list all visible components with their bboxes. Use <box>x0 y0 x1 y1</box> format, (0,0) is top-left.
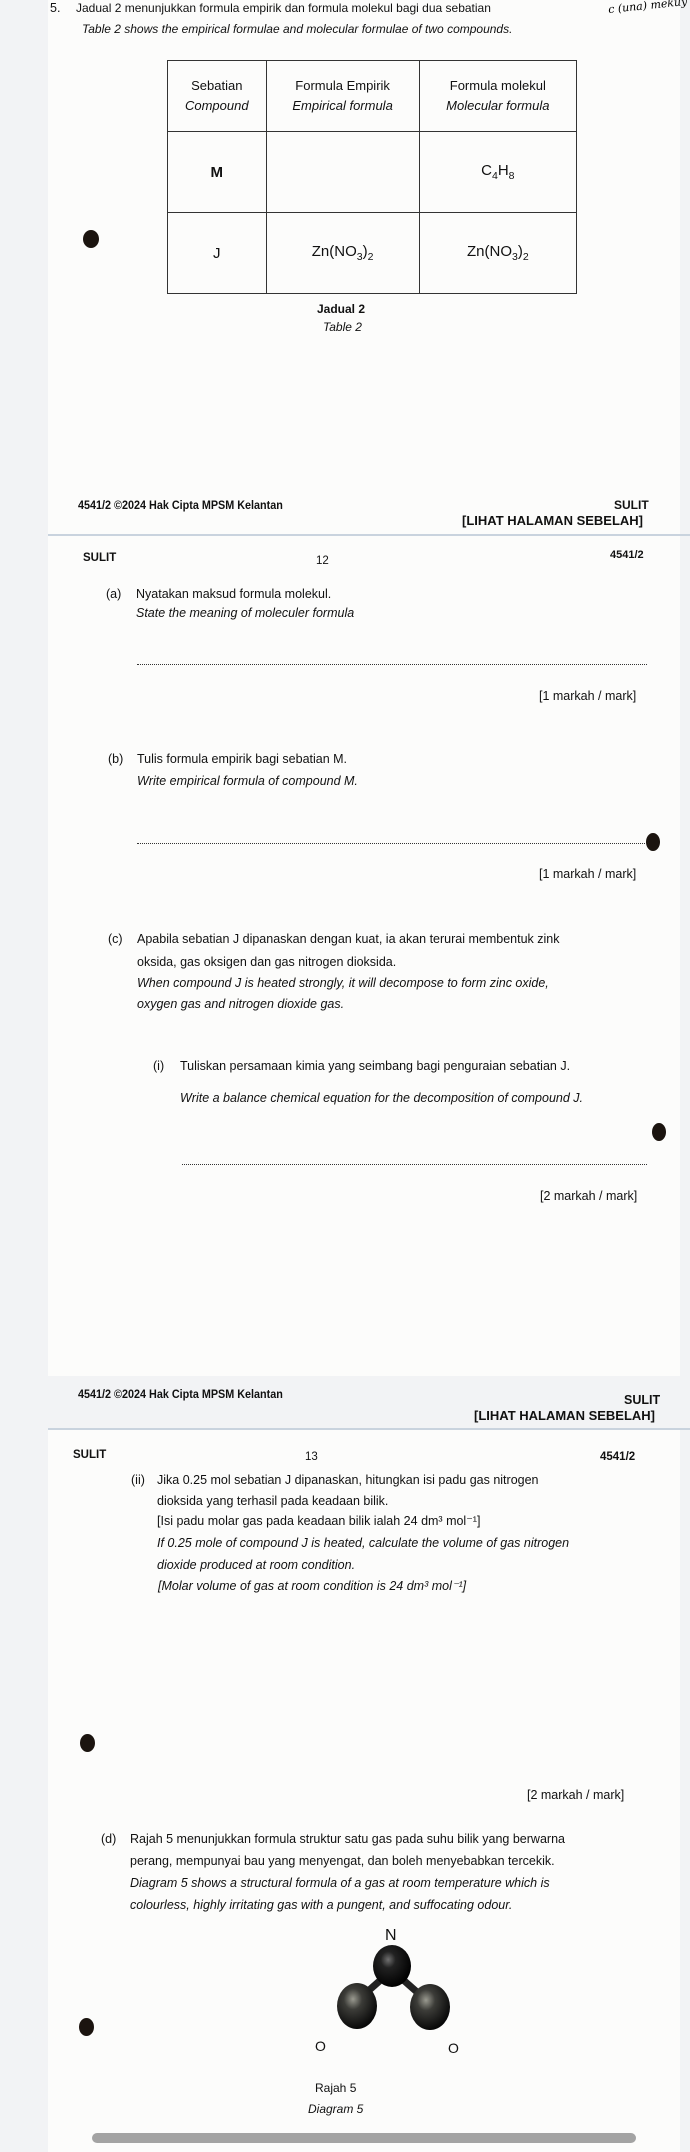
header-compound: SebatianCompound <box>168 61 267 132</box>
intro-english: Table 2 shows the empirical formulae and… <box>82 21 512 37</box>
horizontal-scrollbar[interactable] <box>92 2133 636 2143</box>
qc-malay-2: oksida, gas oksigen dan gas nitrogen dio… <box>137 954 396 970</box>
answer-line-a[interactable] <box>137 664 647 665</box>
footer-next-page: [LIHAT HALAMAN SEBELAH] <box>474 1408 655 1424</box>
cell-empirical: Zn(NO3)2 <box>266 213 419 294</box>
page-number: 13 <box>305 1449 318 1465</box>
paper-code: 4541/2 <box>610 547 644 563</box>
qd-english-1: Diagram 5 shows a structural formula of … <box>130 1875 550 1891</box>
qcii-english-2: dioxide produced at room condition. <box>157 1557 355 1573</box>
nitrogen-atom <box>373 1945 411 1987</box>
diagram-caption-english: Diagram 5 <box>308 2101 363 2117</box>
qcii-english-1: If 0.25 mole of compound J is heated, ca… <box>157 1535 569 1551</box>
table-caption-malay: Jadual 2 <box>317 302 365 316</box>
cell-compound: M <box>168 132 267 213</box>
table-row: J Zn(NO3)2 Zn(NO3)2 <box>168 213 577 294</box>
atom-label-o-right: O <box>448 2040 459 2056</box>
qa-marks: [1 markah / mark] <box>539 688 636 704</box>
qcii-marks: [2 markah / mark] <box>527 1787 624 1803</box>
table-caption-english: Table 2 <box>323 320 362 334</box>
qd-malay-2: perang, mempunyai bau yang menyengat, da… <box>130 1853 555 1869</box>
cell-empirical <box>266 132 419 213</box>
punch-hole <box>83 230 99 248</box>
table-row: M C4H8 <box>168 132 577 213</box>
footer-sulit: SULIT <box>624 1392 660 1408</box>
qa-malay: Nyatakan maksud formula molekul. <box>136 586 331 602</box>
qa-english: State the meaning of moleculer formula <box>136 605 354 621</box>
qcii-label: (ii) <box>131 1472 145 1488</box>
answer-line-ci[interactable] <box>182 1164 647 1165</box>
atom-label-n: N <box>385 1928 397 1944</box>
qb-marks: [1 markah / mark] <box>539 866 636 882</box>
qc-label: (c) <box>108 931 123 947</box>
header-sulit: SULIT <box>83 550 116 566</box>
qb-label: (b) <box>108 751 123 767</box>
punch-hole <box>79 2018 94 2036</box>
punch-hole <box>80 1734 95 1752</box>
diagram-caption-malay: Rajah 5 <box>315 2080 356 2096</box>
table-2: SebatianCompound Formula EmpirikEmpirica… <box>167 60 577 294</box>
qd-malay-1: Rajah 5 menunjukkan formula struktur sat… <box>130 1831 565 1847</box>
footer-next-page: [LIHAT HALAMAN SEBELAH] <box>462 513 643 529</box>
qb-malay: Tulis formula empirik bagi sebatian M. <box>137 751 347 767</box>
oxygen-atom <box>337 1983 377 2029</box>
qc-english-2: oxygen gas and nitrogen dioxide gas. <box>137 996 344 1012</box>
footer-copyright: 4541/2 ©2024 Hak Cipta MPSM Kelantan <box>78 497 283 513</box>
page-number: 12 <box>316 553 329 569</box>
qcii-malay-3: [Isi padu molar gas pada keadaan bilik i… <box>157 1513 480 1529</box>
cell-molecular: C4H8 <box>419 132 576 213</box>
answer-line-b[interactable] <box>137 843 645 844</box>
paper-code: 4541/2 <box>600 1449 635 1465</box>
header-empirical: Formula EmpirikEmpirical formula <box>266 61 419 132</box>
qcii-malay-2: dioksida yang terhasil pada keadaan bili… <box>157 1493 388 1509</box>
qci-marks: [2 markah / mark] <box>540 1188 637 1204</box>
qcii-malay-1: Jika 0.25 mol sebatian J dipanaskan, hit… <box>157 1472 539 1488</box>
atom-label-o-left: O <box>315 2038 326 2054</box>
qci-label: (i) <box>153 1058 164 1074</box>
cell-compound: J <box>168 213 267 294</box>
qci-english: Write a balance chemical equation for th… <box>180 1090 583 1106</box>
qb-english: Write empirical formula of compound M. <box>137 773 358 789</box>
punch-hole <box>646 833 660 851</box>
qd-english-2: colourless, highly irritating gas with a… <box>130 1897 512 1913</box>
header-molecular: Formula molekulMolecular formula <box>419 61 576 132</box>
question-number: 5. <box>50 0 60 16</box>
header-sulit: SULIT <box>73 1447 106 1463</box>
qc-english-1: When compound J is heated strongly, it w… <box>137 975 549 991</box>
qd-label: (d) <box>101 1831 116 1847</box>
qa-label: (a) <box>106 586 121 602</box>
oxygen-atom <box>410 1984 450 2030</box>
cell-molecular: Zn(NO3)2 <box>419 213 576 294</box>
qcii-english-3: [Molar volume of gas at room condition i… <box>158 1578 466 1594</box>
intro-malay: Jadual 2 menunjukkan formula empirik dan… <box>76 0 491 16</box>
punch-hole <box>652 1123 666 1141</box>
qc-malay-1: Apabila sebatian J dipanaskan dengan kua… <box>137 931 560 947</box>
qci-malay: Tuliskan persamaan kimia yang seimbang b… <box>180 1058 570 1074</box>
footer-sulit: SULIT <box>614 497 649 513</box>
footer-copyright: 4541/2 ©2024 Hak Cipta MPSM Kelantan <box>78 1386 283 1402</box>
